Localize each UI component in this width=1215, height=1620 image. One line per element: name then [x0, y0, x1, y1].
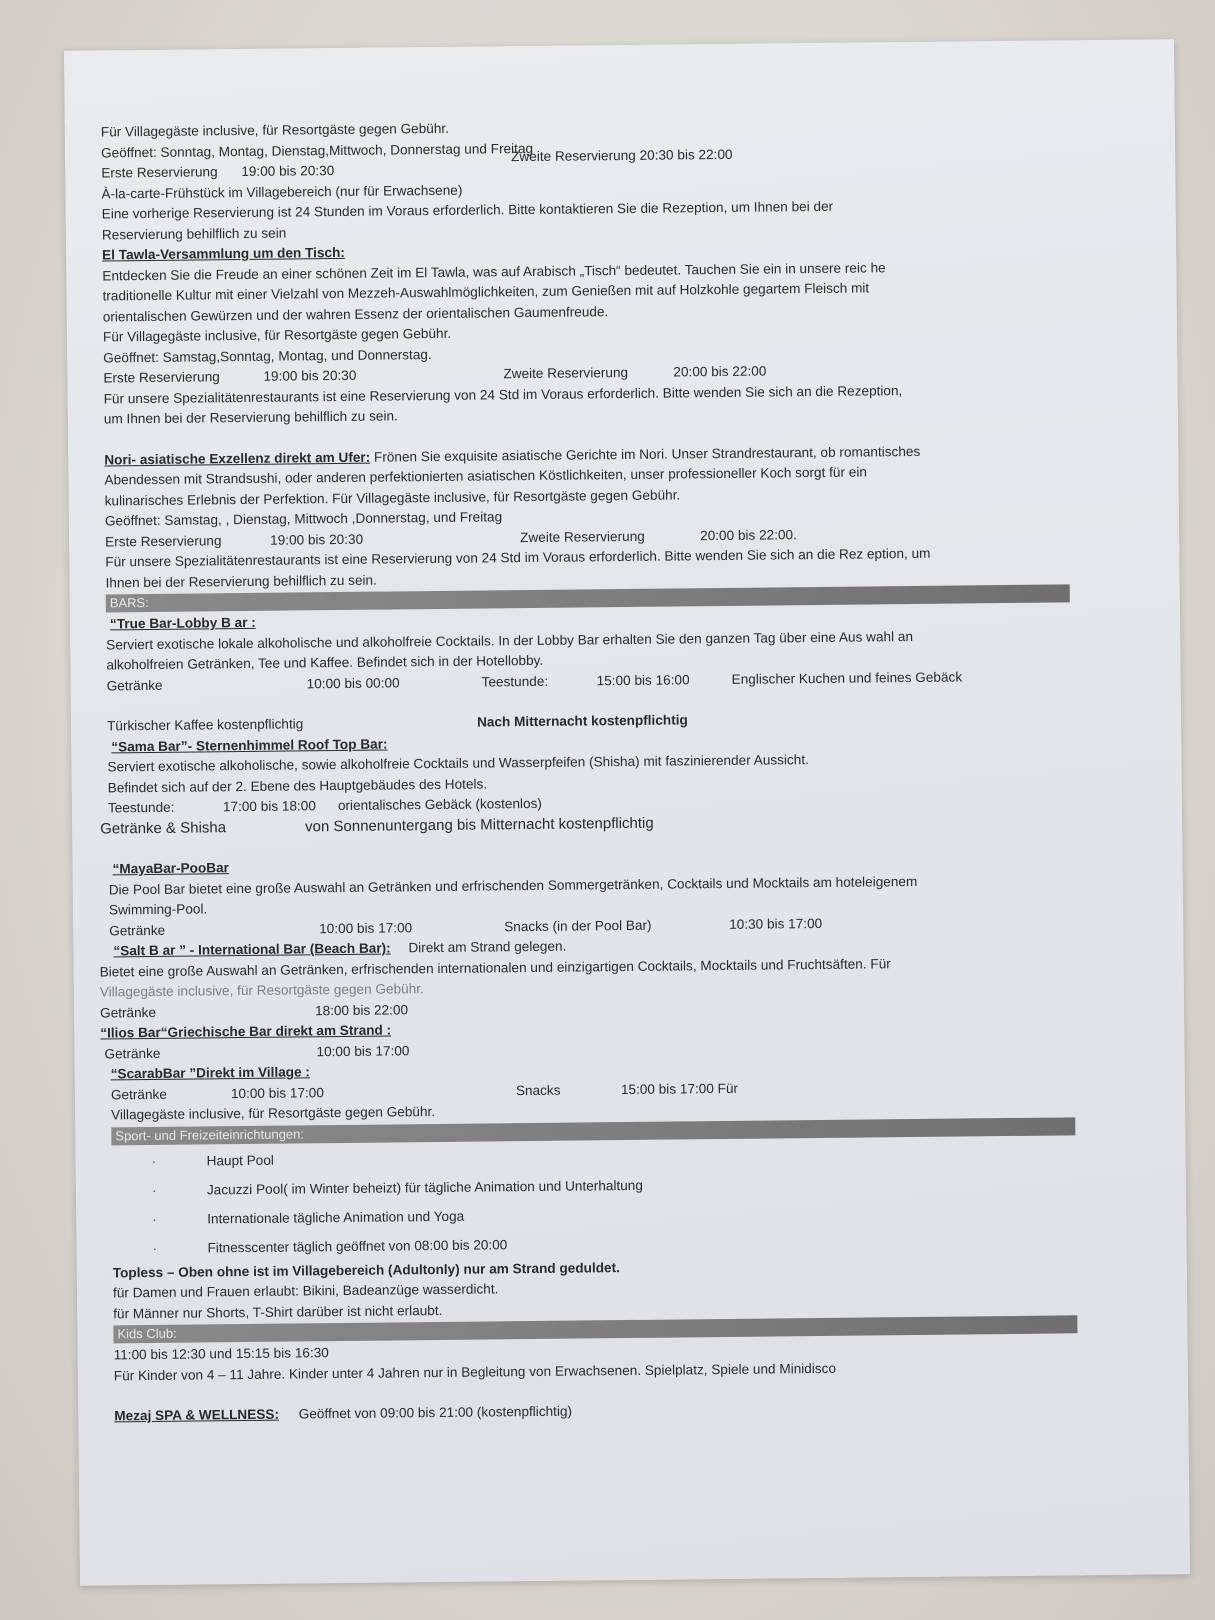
- nori-intro: Frönen Sie exquisite asiatische Gerichte…: [370, 443, 920, 464]
- midnight-note: Nach Mitternacht kostenpflichtig: [477, 710, 688, 733]
- first-reservation-time: 19:00 bis 20:30: [270, 528, 520, 551]
- snacks-time: 10:30 bis 17:00: [729, 913, 822, 934]
- bullet-icon: ·: [112, 1204, 207, 1234]
- sport-item-label: Fitnesscenter täglich geöffnet von 08:00…: [207, 1230, 507, 1262]
- drinks-label: Getränke: [104, 1042, 316, 1065]
- coffee-note: Türkischer Kaffee kostenpflichtig: [107, 713, 477, 737]
- sport-item-label: Internationale tägliche Animation und Yo…: [207, 1201, 464, 1233]
- bullet-icon: ·: [112, 1175, 207, 1205]
- second-reservation-label: Zweite Reservierung: [503, 362, 673, 384]
- snacks-label: Snacks (in der Pool Bar): [504, 914, 729, 937]
- shisha-label: Getränke & Shisha: [100, 817, 305, 840]
- first-reservation-time: 19:00 bis 20:30: [263, 364, 503, 387]
- sheet-content: Für Villagegäste inclusive, für Resortgä…: [101, 112, 1125, 1427]
- spa-heading: Mezaj SPA & WELLNESS:: [114, 1407, 279, 1424]
- drinks-label: Getränke: [100, 1001, 315, 1024]
- second-reservation-time: 20:00 bis 22:00: [673, 362, 766, 383]
- sport-item-label: Haupt Pool: [206, 1145, 274, 1175]
- drinks-time: 10:00 bis 17:00: [319, 917, 504, 939]
- printed-sheet: Für Villagegäste inclusive, für Resortgä…: [64, 39, 1190, 1586]
- shisha-note: von Sonnenuntergang bis Mitternacht kost…: [305, 813, 654, 837]
- spa-hours: Geöffnet von 09:00 bis 21:00 (kostenpfli…: [299, 1404, 572, 1422]
- salt-bar-location: Direkt am Strand gelegen.: [408, 939, 566, 956]
- second-reservation-label: Zweite Reservierung: [520, 526, 700, 548]
- drinks-time: 10:00 bis 17:00: [231, 1081, 516, 1104]
- second-reservation: Zweite Reservierung 20:30 bis 22:00: [511, 145, 733, 168]
- salt-bar-heading: “Salt B ar ” - International Bar (Beach …: [109, 940, 390, 958]
- tea-note: Englischer Kuchen und feines Gebäck: [732, 667, 963, 690]
- drinks-label: Getränke: [111, 1084, 231, 1106]
- nori-heading: Nori- asiatische Exzellenz direkt am Ufe…: [104, 449, 370, 467]
- drinks-time: 10:00 bis 17:00: [316, 1041, 409, 1062]
- drinks-label: Getränke: [109, 919, 319, 942]
- tea-time: 17:00 bis 18:00: [223, 796, 338, 818]
- drinks-label: Getränke: [107, 674, 307, 697]
- snacks-time: 15:00 bis 17:00 Für: [621, 1078, 738, 1100]
- bullet-icon: ·: [112, 1233, 207, 1263]
- first-reservation-label: Erste Reservierung: [101, 162, 241, 184]
- tea-time: 15:00 bis 16:00: [597, 669, 732, 691]
- first-reservation-time: 19:00 bis 20:30: [241, 159, 511, 182]
- tea-label: Teestunde:: [108, 797, 223, 819]
- snacks-label: Snacks: [516, 1080, 621, 1102]
- tea-label: Teestunde:: [482, 671, 597, 693]
- drinks-time: 10:00 bis 00:00: [307, 672, 482, 694]
- first-reservation-label: Erste Reservierung: [105, 530, 270, 552]
- bullet-icon: ·: [111, 1146, 206, 1176]
- second-reservation-time: 20:00 bis 22:00.: [700, 525, 797, 547]
- drinks-time: 18:00 bis 22:00: [315, 1000, 408, 1021]
- sport-item-label: Jacuzzi Pool( im Winter beheizt) für täg…: [207, 1170, 643, 1204]
- tea-note: orientalisches Gebäck (kostenlos): [338, 794, 542, 817]
- first-reservation-label: Erste Reservierung: [103, 367, 263, 389]
